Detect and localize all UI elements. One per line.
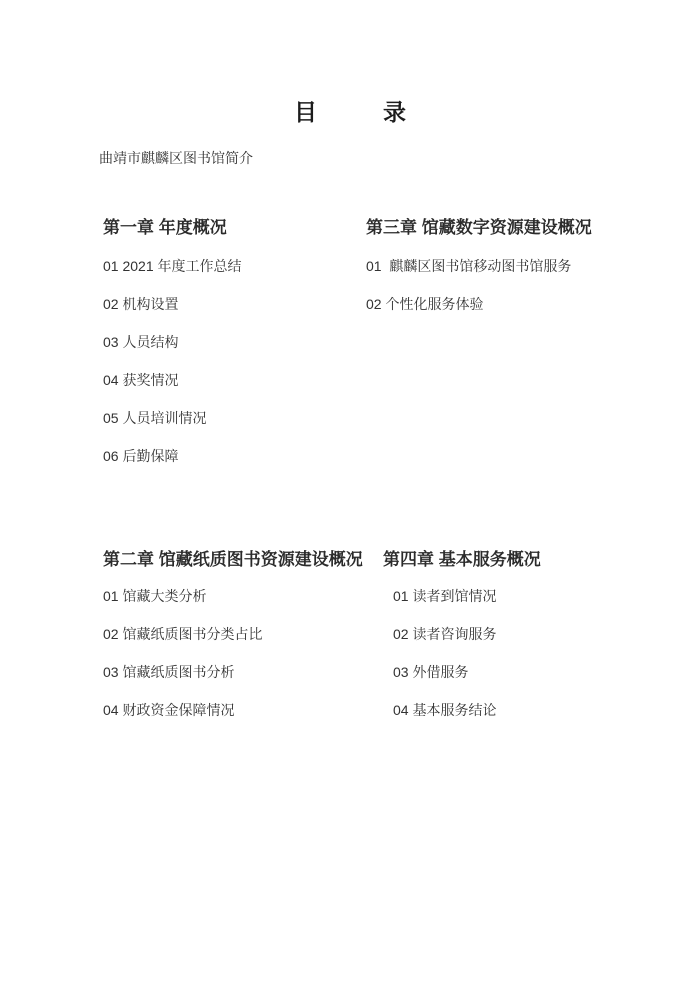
toc-item: 01 麒麟区图书馆移动图书馆服务 [366, 247, 592, 285]
toc-item: 01 2021 年度工作总结 [103, 247, 242, 285]
chapter-4-heading: 第四章 基本服务概况 [383, 550, 541, 570]
chapter-1-items: 01 2021 年度工作总结 02 机构设置 03 人员结构 04 获奖情况 0… [103, 247, 242, 475]
toc-title-char-left: 目 [294, 99, 317, 125]
chapter-1-heading: 第一章 年度概况 [103, 218, 242, 238]
chapter-4-items: 01 读者到馆情况 02 读者咨询服务 03 外借服务 04 基本服务结论 [393, 577, 541, 729]
toc-item: 01 馆藏大类分析 [103, 577, 363, 615]
toc-item: 04 基本服务结论 [393, 691, 541, 729]
chapter-2-items: 01 馆藏大类分析 02 馆藏纸质图书分类占比 03 馆藏纸质图书分析 04 财… [103, 577, 363, 729]
library-intro-line: 曲靖市麒麟区图书馆简介 [99, 150, 253, 167]
section-chapter-3: 第三章 馆藏数字资源建设概况 01 麒麟区图书馆移动图书馆服务 02 个性化服务… [366, 218, 592, 323]
toc-item: 02 馆藏纸质图书分类占比 [103, 615, 363, 653]
toc-item: 02 读者咨询服务 [393, 615, 541, 653]
toc-item: 06 后勤保障 [103, 437, 242, 475]
section-chapter-1: 第一章 年度概况 01 2021 年度工作总结 02 机构设置 03 人员结构 … [103, 218, 242, 475]
toc-title: 目 录 [0, 99, 700, 125]
toc-item: 04 财政资金保障情况 [103, 691, 363, 729]
chapter-2-heading: 第二章 馆藏纸质图书资源建设概况 [103, 550, 363, 570]
section-chapter-2: 第二章 馆藏纸质图书资源建设概况 01 馆藏大类分析 02 馆藏纸质图书分类占比… [103, 550, 363, 729]
chapter-3-items: 01 麒麟区图书馆移动图书馆服务 02 个性化服务体验 [366, 247, 592, 323]
toc-title-char-right: 录 [383, 99, 406, 125]
toc-item: 05 人员培训情况 [103, 399, 242, 437]
toc-item: 04 获奖情况 [103, 361, 242, 399]
document-page: 目 录 曲靖市麒麟区图书馆简介 第一章 年度概况 01 2021 年度工作总结 … [0, 0, 700, 990]
toc-item: 03 馆藏纸质图书分析 [103, 653, 363, 691]
chapter-3-heading: 第三章 馆藏数字资源建设概况 [366, 218, 592, 238]
toc-item: 03 外借服务 [393, 653, 541, 691]
toc-item: 01 读者到馆情况 [393, 577, 541, 615]
toc-item: 02 个性化服务体验 [366, 285, 592, 323]
section-chapter-4: 第四章 基本服务概况 01 读者到馆情况 02 读者咨询服务 03 外借服务 0… [383, 550, 541, 729]
toc-item: 03 人员结构 [103, 323, 242, 361]
toc-item: 02 机构设置 [103, 285, 242, 323]
